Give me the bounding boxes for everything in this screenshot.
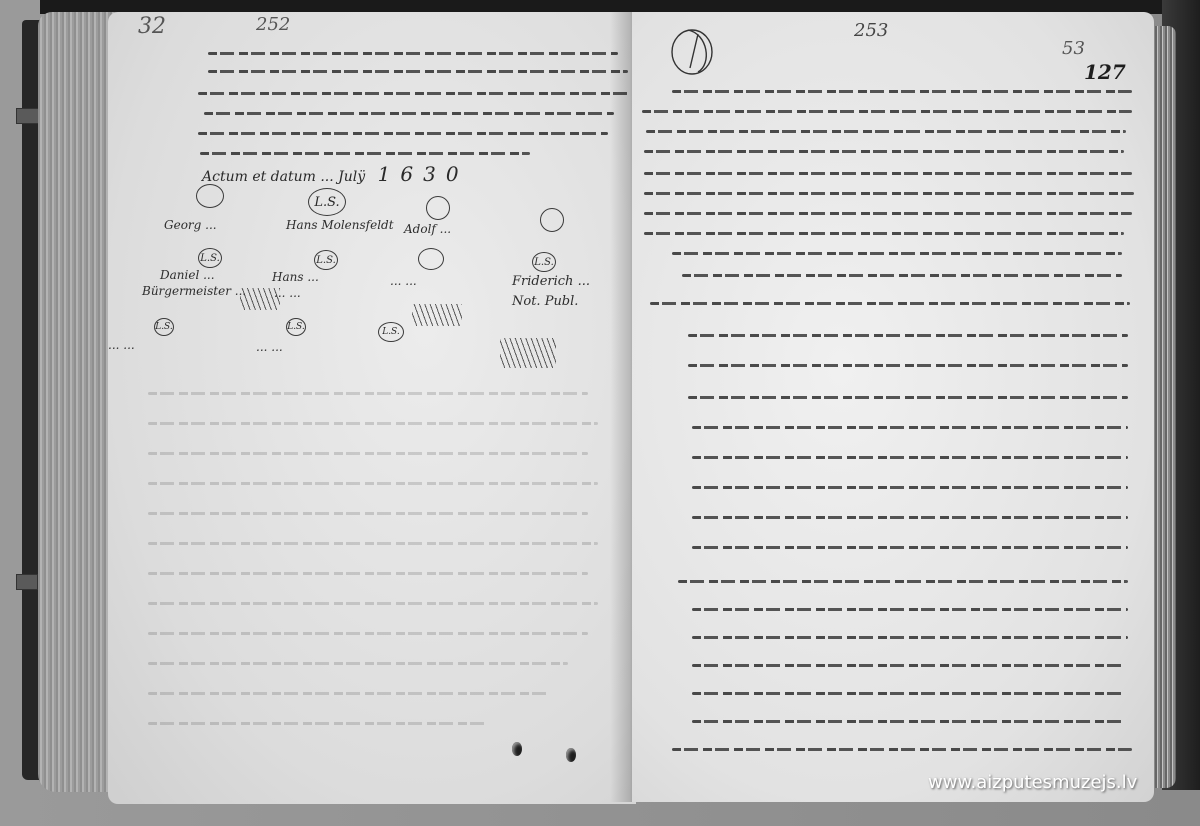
seal-mark — [426, 196, 450, 220]
handwriting-line — [678, 580, 1128, 583]
handwriting-line — [646, 130, 1126, 133]
old-folio-number: 32 — [138, 14, 166, 39]
seal-mark — [196, 184, 224, 208]
bleed-through-line — [148, 602, 598, 605]
bleed-through-line — [148, 542, 598, 545]
signature: Georg ... — [164, 218, 217, 232]
seal-mark: L.S. — [378, 322, 404, 342]
old-folio-number: 53 — [1062, 38, 1085, 59]
page-edges-left — [38, 12, 118, 792]
seal-mark: L.S. — [198, 248, 222, 268]
museum-watermark: www.aizputesmuzejs.lv — [928, 772, 1137, 793]
notary-signum — [500, 338, 556, 368]
signature: Daniel ... — [160, 268, 215, 282]
seal-mark: L.S. — [314, 250, 338, 270]
handwriting-line — [208, 52, 618, 55]
handwriting-line — [644, 150, 1124, 153]
signature: Hans Molensfeldt — [286, 218, 394, 232]
signature: ... ... — [390, 274, 417, 288]
handwriting-line — [692, 636, 1128, 639]
seal-mark — [540, 208, 564, 232]
signature: Adolf ... — [404, 222, 451, 236]
worm-hole — [512, 742, 522, 756]
seal-mark: L.S. — [154, 318, 174, 336]
date-year: 1630 — [378, 162, 469, 186]
signature: ... ... — [256, 340, 283, 354]
handwriting-line — [692, 456, 1128, 459]
signature: ... ... — [108, 338, 135, 352]
book-clasp-bottom — [16, 574, 38, 590]
handwriting-line — [642, 110, 1132, 113]
handwriting-line — [644, 212, 1132, 215]
bleed-through-line — [148, 692, 548, 695]
handwriting-line — [644, 192, 1134, 195]
handwriting-line — [692, 692, 1122, 695]
handwriting-line — [688, 334, 1128, 337]
handwriting-line — [672, 748, 1132, 751]
folio-number: 252 — [256, 14, 290, 35]
signature-flourish — [412, 304, 462, 326]
bleed-through-line — [148, 482, 598, 485]
worm-hole — [566, 748, 576, 762]
handwriting-line — [204, 112, 614, 115]
signature: Hans ... — [272, 270, 319, 284]
date-line: Actum et datum ... Julÿ 1630 — [202, 162, 469, 186]
bleed-through-line — [148, 422, 598, 425]
book-clasp-top — [16, 108, 40, 124]
handwriting-line — [198, 132, 608, 135]
handwriting-line — [672, 252, 1122, 255]
bleed-through-line — [148, 632, 588, 635]
handwriting-line — [200, 152, 530, 155]
handwriting-line — [208, 70, 628, 73]
bleed-through-line — [148, 662, 568, 665]
right-page: 253 53 127 — [632, 12, 1154, 802]
folio-number: 253 — [854, 20, 888, 41]
left-page: 32 252 Actum et datum ... Julÿ 1630 L.S.… — [108, 12, 636, 804]
signature-flourish — [240, 288, 280, 310]
seal-mark: L.S. — [308, 188, 346, 216]
signature: Bürgermeister ... — [142, 284, 246, 298]
handwriting-line — [644, 172, 1132, 175]
seal-mark: L.S. — [286, 318, 306, 336]
new-folio-number: 127 — [1084, 60, 1126, 84]
handwriting-line — [692, 426, 1128, 429]
seal-mark: L.S. — [532, 252, 556, 272]
handwriting-line — [688, 364, 1128, 367]
bleed-through-line — [148, 392, 588, 395]
handwriting-line — [682, 274, 1122, 277]
handwriting-line — [692, 486, 1128, 489]
handwriting-line — [692, 664, 1122, 667]
bleed-through-line — [148, 722, 488, 725]
handwriting-line — [692, 516, 1128, 519]
handwriting-line — [692, 720, 1122, 723]
handwriting-line — [688, 396, 1128, 399]
date-text: Actum et datum ... Julÿ — [202, 169, 365, 185]
handwriting-line — [692, 546, 1128, 549]
bleed-through-line — [148, 512, 588, 515]
monogram-flourish — [668, 24, 724, 78]
handwriting-line — [650, 302, 1130, 305]
seal-mark — [418, 248, 444, 270]
notary-mark: Not. Publ. — [512, 294, 578, 309]
handwriting-line — [672, 90, 1132, 93]
bleed-through-line — [148, 452, 588, 455]
handwriting-line — [692, 608, 1128, 611]
bleed-through-line — [148, 572, 588, 575]
handwriting-line — [644, 232, 1124, 235]
signature: Friderich ... — [512, 274, 590, 289]
handwriting-line — [198, 92, 628, 95]
